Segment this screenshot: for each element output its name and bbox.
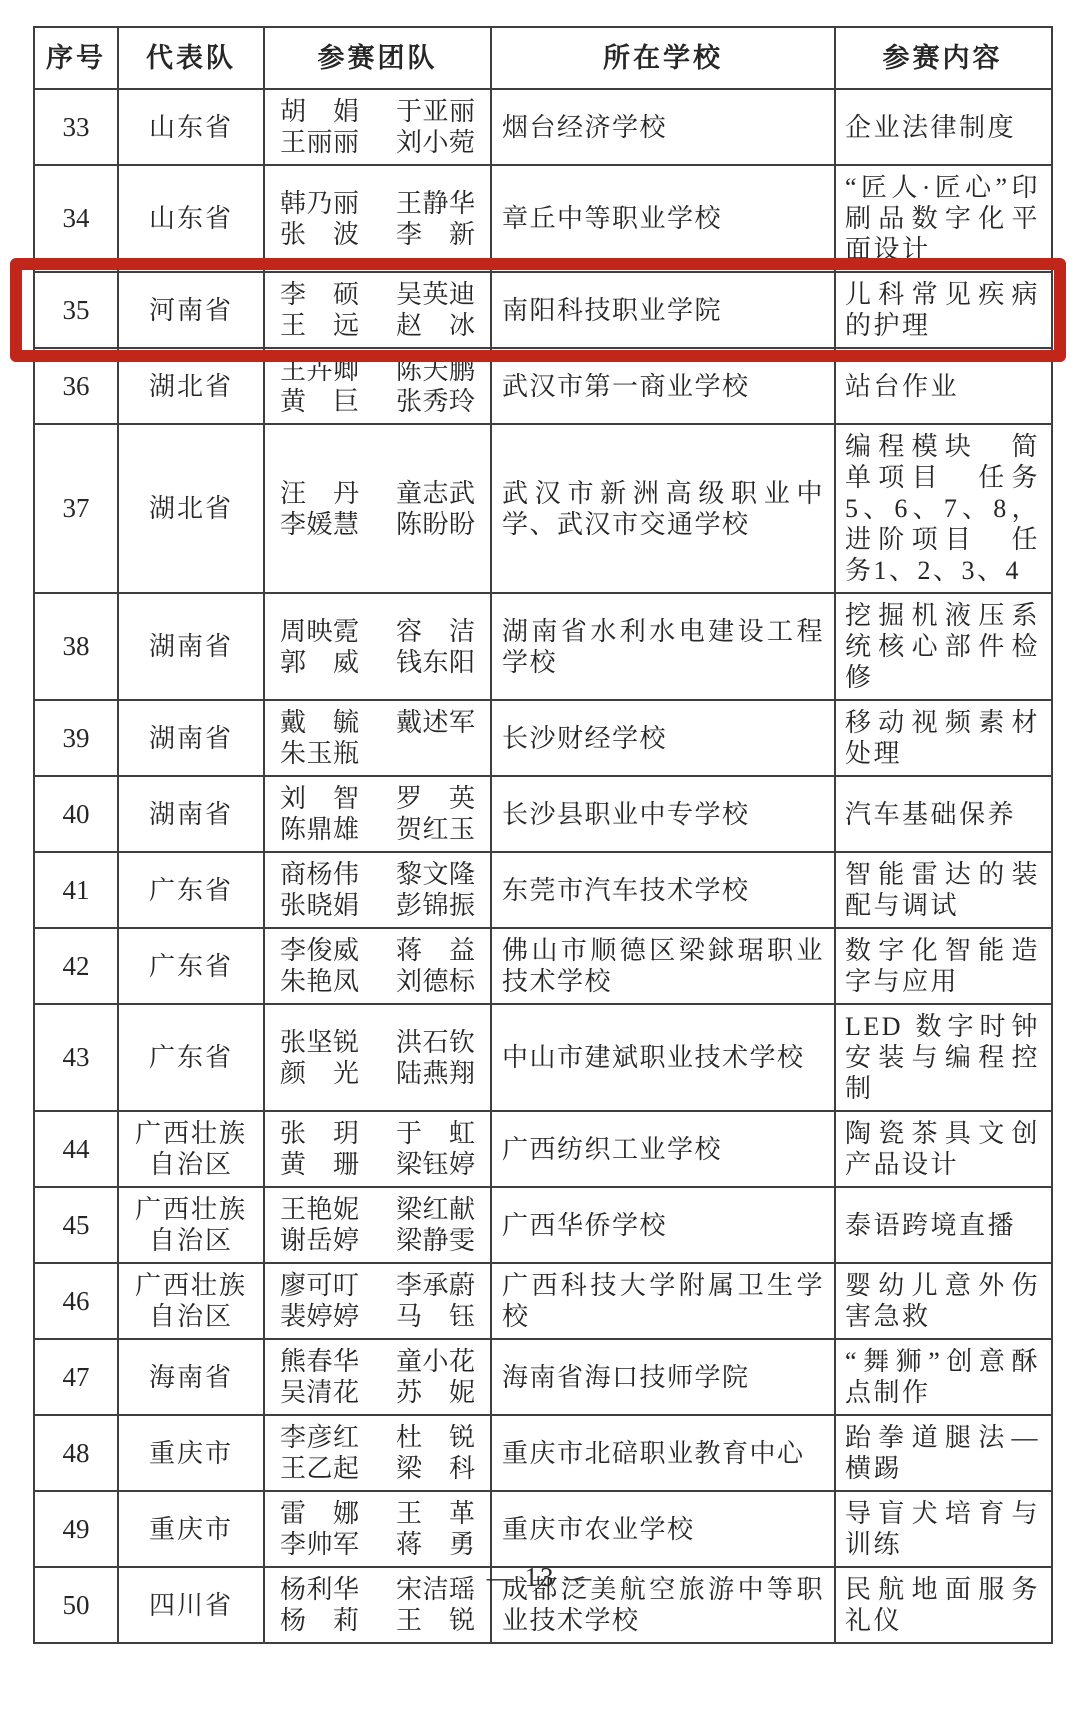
table-row: 33山东省胡 娟于亚丽王丽丽刘小菀烟台经济学校企业法律制度 [35,88,1051,164]
school-cell: 广西华侨学校 [490,1188,834,1262]
text-line: 重庆市 [149,1438,233,1469]
team-cell: 广西壮族自治区 [117,1264,263,1338]
member-line: 王 远赵 冰 [280,310,475,341]
member-line: 周映霓容 洁 [280,616,475,647]
text-line: 学、武汉市交通学校 [502,509,824,540]
member-name: 雷 娜 [280,1498,359,1529]
member-line: 李 硕吴英迪 [280,279,475,310]
text-line: 安装与编程控 [845,1042,1040,1073]
member-name: 陈盼盼 [396,509,475,540]
seq-cell: 35 [35,273,117,347]
member-line: 王丽丽刘小菀 [280,127,475,158]
member-name: 苏 妮 [396,1377,475,1408]
content-cell: 泰语跨境直播 [834,1188,1049,1262]
member-line: 王乙起梁 科 [280,1453,475,1484]
member-line: 李彦红杜 锐 [280,1422,475,1453]
text-line: 重庆市北碚职业教育中心 [502,1438,824,1469]
member-name: 罗 英 [396,783,475,814]
text-line: 湖南省 [149,723,233,754]
table-row: 41广东省商杨伟黎文隆张晓娟彭锦振东莞市汽车技术学校智能雷达的装配与调试 [35,851,1051,927]
member-name: 彭锦振 [396,890,475,921]
text-line: 自治区 [149,1301,233,1332]
member-line: 商杨伟黎文隆 [280,859,475,890]
team-cell: 广西壮族自治区 [117,1188,263,1262]
text-line: 广西纺织工业学校 [502,1134,824,1165]
member-line: 张 玥于 虹 [280,1118,475,1149]
member-name: 陈鼎雄 [280,814,359,845]
text-line: 武汉市第一商业学校 [502,371,824,402]
content-cell: 数字化智能造字与应用 [834,929,1049,1003]
members-cell: 王卉卿陈天鹏黄 巨张秀玲 [263,349,490,423]
text-line: 陶瓷茶具文创 [845,1118,1040,1149]
text-line: 湖南省水利水电建设工程 [502,616,824,647]
members-cell: 周映霓容 洁郭 威钱东阳 [263,594,490,699]
text-line: 编程模块 简 [845,431,1040,462]
member-name: 赵 冰 [396,310,475,341]
member-name: 蒋 益 [396,935,475,966]
column-header-school: 所在学校 [490,28,834,88]
members-cell: 刘 智罗 英陈鼎雄贺红玉 [263,777,490,851]
text-line: 务1、2、3、4 [845,555,1040,586]
seq-cell: 42 [35,929,117,1003]
members-cell: 张 玥于 虹黄 珊梁钰婷 [263,1112,490,1186]
text-line: 武汉市新洲高级职业中 [502,478,824,509]
member-name: 戴 毓 [280,707,359,738]
member-name: 张秀玲 [396,386,475,417]
team-cell: 湖南省 [117,594,263,699]
member-line: 熊春华童小花 [280,1346,475,1377]
members-cell: 李 硕吴英迪王 远赵 冰 [263,273,490,347]
school-cell: 重庆市农业学校 [490,1492,834,1566]
member-name: 李俊威 [280,935,359,966]
member-line: 李媛慧陈盼盼 [280,509,475,540]
members-cell: 胡 娟于亚丽王丽丽刘小菀 [263,90,490,164]
table-row: 42广东省李俊威蒋 益朱艳凤刘德标佛山市顺德区梁銶琚职业技术学校数字化智能造字与… [35,927,1051,1003]
member-line: 杨 莉王 锐 [280,1605,475,1636]
table-row: 34山东省韩乃丽王静华张 波李 新章丘中等职业学校“匠人·匠心”印刷品数字化平面… [35,164,1051,271]
text-line: 的护理 [845,310,1040,341]
school-cell: 长沙财经学校 [490,701,834,775]
member-line: 陈鼎雄贺红玉 [280,814,475,845]
member-name: 陆燕翔 [396,1058,475,1089]
member-name: 朱艳凤 [280,966,359,997]
member-name: 张晓娟 [280,890,359,921]
member-name: 王 远 [280,310,359,341]
content-cell: 婴幼儿意外伤害急救 [834,1264,1049,1338]
seq-cell: 33 [35,90,117,164]
member-name: 黄 珊 [280,1149,359,1180]
member-line: 戴 毓戴述军 [280,707,475,738]
text-line: 海南省 [149,1362,233,1393]
member-name: 胡 娟 [280,96,359,127]
text-line: 广西华侨学校 [502,1210,824,1241]
school-cell: 南阳科技职业学院 [490,273,834,347]
text-line: “舞狮”创意酥 [845,1346,1040,1377]
text-line: 挖掘机液压系 [845,600,1040,631]
member-name: 黄 巨 [280,386,359,417]
text-line: 产品设计 [845,1149,1040,1180]
seq-cell: 46 [35,1264,117,1338]
content-cell: 智能雷达的装配与调试 [834,853,1049,927]
member-line: 李帅军蒋 勇 [280,1529,475,1560]
content-cell: 陶瓷茶具文创产品设计 [834,1112,1049,1186]
text-line: 导盲犬培育与 [845,1498,1040,1529]
member-name: 李 新 [396,219,475,250]
member-name: 吴清花 [280,1377,359,1408]
team-cell: 湖南省 [117,777,263,851]
member-name: 于亚丽 [396,96,475,127]
seq-cell: 44 [35,1112,117,1186]
document-page: 序号代表队参赛团队所在学校参赛内容33山东省胡 娟于亚丽王丽丽刘小菀烟台经济学校… [0,0,1080,1730]
text-line: 烟台经济学校 [502,112,824,143]
text-line: 中山市建斌职业技术学校 [502,1042,824,1073]
member-name: 裴婷婷 [280,1301,359,1332]
text-line: 学校 [502,647,824,678]
table-row: 40湖南省刘 智罗 英陈鼎雄贺红玉长沙县职业中专学校汽车基础保养 [35,775,1051,851]
text-line: 业技术学校 [502,1605,824,1636]
text-line: 自治区 [149,1225,233,1256]
seq-cell: 40 [35,777,117,851]
text-line: 汽车基础保养 [845,799,1040,830]
school-cell: 章丘中等职业学校 [490,166,834,271]
team-cell: 海南省 [117,1340,263,1414]
member-name: 黎文隆 [396,859,475,890]
table-row: 35河南省李 硕吴英迪王 远赵 冰南阳科技职业学院儿科常见疾病的护理 [35,271,1051,347]
text-line: 长沙县职业中专学校 [502,799,824,830]
member-line: 吴清花苏 妮 [280,1377,475,1408]
content-cell: 跆拳道腿法—横踢 [834,1416,1049,1490]
member-line: 颜 光陆燕翔 [280,1058,475,1089]
seq-cell: 41 [35,853,117,927]
text-line: 长沙财经学校 [502,723,824,754]
table-row: 43广东省张坚锐洪石钦颜 光陆燕翔中山市建斌职业技术学校LED 数字时钟安装与编… [35,1003,1051,1110]
school-cell: 广西科技大学附属卫生学校 [490,1264,834,1338]
text-line: 5、6、7、8， [845,493,1040,524]
text-line: 统核心部件检 [845,631,1040,662]
school-cell: 佛山市顺德区梁銶琚职业技术学校 [490,929,834,1003]
text-line: 泰语跨境直播 [845,1210,1040,1241]
content-cell: 移动视频素材处理 [834,701,1049,775]
seq-cell: 39 [35,701,117,775]
school-cell: 长沙县职业中专学校 [490,777,834,851]
text-line: 单项目 任务 [845,462,1040,493]
school-cell: 东莞市汽车技术学校 [490,853,834,927]
member-name: 陈天鹏 [396,355,475,386]
member-name: 李媛慧 [280,509,359,540]
member-line: 黄 珊梁钰婷 [280,1149,475,1180]
text-line: 儿科常见疾病 [845,279,1040,310]
text-line: 处理 [845,738,1040,769]
members-cell: 商杨伟黎文隆张晓娟彭锦振 [263,853,490,927]
text-line: 修 [845,662,1040,693]
text-line: 湖北省 [149,371,233,402]
member-line: 谢岳婷梁静雯 [280,1225,475,1256]
members-cell: 戴 毓戴述军朱玉瓶 [263,701,490,775]
member-name: 张 波 [280,219,359,250]
member-line: 裴婷婷马 钰 [280,1301,475,1332]
table-row: 38湖南省周映霓容 洁郭 威钱东阳湖南省水利水电建设工程学校挖掘机液压系统核心部… [35,592,1051,699]
member-line: 朱艳凤刘德标 [280,966,475,997]
member-name: 李承蔚 [396,1270,475,1301]
member-name: 梁红献 [396,1194,475,1225]
content-cell: 编程模块 简单项目 任务5、6、7、8，进阶项目 任务1、2、3、4 [834,425,1049,592]
school-cell: 武汉市新洲高级职业中学、武汉市交通学校 [490,425,834,592]
member-name: 童志武 [396,478,475,509]
text-line: 广西壮族 [135,1270,247,1301]
content-cell: 汽车基础保养 [834,777,1049,851]
member-name: 张 玥 [280,1118,359,1149]
member-name: 王 锐 [396,1605,475,1636]
school-cell: 中山市建斌职业技术学校 [490,1005,834,1110]
text-line: 东莞市汽车技术学校 [502,875,824,906]
text-line: 点制作 [845,1377,1040,1408]
member-line: 胡 娟于亚丽 [280,96,475,127]
text-line: 广西科技大学附属卫生学 [502,1270,824,1301]
school-cell: 武汉市第一商业学校 [490,349,834,423]
text-line: 技术学校 [502,966,824,997]
text-line: 自治区 [149,1149,233,1180]
member-name: 谢岳婷 [280,1225,359,1256]
text-line: 广东省 [149,875,233,906]
text-line: 四川省 [149,1590,233,1621]
text-line: 山东省 [149,112,233,143]
school-cell: 重庆市北碚职业教育中心 [490,1416,834,1490]
seq-cell: 45 [35,1188,117,1262]
text-line: 数字化智能造 [845,935,1040,966]
member-name: 张坚锐 [280,1027,359,1058]
text-line: 广西壮族 [135,1194,247,1225]
seq-cell: 43 [35,1005,117,1110]
team-cell: 广东省 [117,1005,263,1110]
member-line: 李俊威蒋 益 [280,935,475,966]
member-name: 熊春华 [280,1346,359,1377]
text-line: 校 [502,1301,824,1332]
text-line: 刷品数字化平 [845,203,1040,234]
member-name: 刘德标 [396,966,475,997]
results-table: 序号代表队参赛团队所在学校参赛内容33山东省胡 娟于亚丽王丽丽刘小菀烟台经济学校… [33,26,1053,1644]
text-line: 害急救 [845,1301,1040,1332]
member-name: 李彦红 [280,1422,359,1453]
team-cell: 山东省 [117,166,263,271]
member-name: 杨 莉 [280,1605,359,1636]
table-row: 37湖北省汪 丹童志武李媛慧陈盼盼武汉市新洲高级职业中学、武汉市交通学校编程模块… [35,423,1051,592]
seq-cell: 47 [35,1340,117,1414]
school-cell: 湖南省水利水电建设工程学校 [490,594,834,699]
member-line: 廖可叮李承蔚 [280,1270,475,1301]
text-line: 广东省 [149,951,233,982]
team-cell: 河南省 [117,273,263,347]
member-name: 洪石钦 [396,1027,475,1058]
column-header-team: 代表队 [117,28,263,88]
member-line: 王卉卿陈天鹏 [280,355,475,386]
text-line: 湖南省 [149,799,233,830]
team-cell: 湖北省 [117,349,263,423]
members-cell: 廖可叮李承蔚裴婷婷马 钰 [263,1264,490,1338]
member-line: 郭 威钱东阳 [280,647,475,678]
team-cell: 重庆市 [117,1492,263,1566]
school-cell: 烟台经济学校 [490,90,834,164]
member-name: 梁钰婷 [396,1149,475,1180]
text-line: 训练 [845,1529,1040,1560]
member-name: 马 钰 [396,1301,475,1332]
table-row: 49重庆市雷 娜王 革李帅军蒋 勇重庆市农业学校导盲犬培育与训练 [35,1490,1051,1566]
content-cell: “舞狮”创意酥点制作 [834,1340,1049,1414]
member-name: 贺红玉 [396,814,475,845]
table-row: 46广西壮族自治区廖可叮李承蔚裴婷婷马 钰广西科技大学附属卫生学校婴幼儿意外伤害… [35,1262,1051,1338]
member-name: 梁 科 [396,1453,475,1484]
content-cell: “匠人·匠心”印刷品数字化平面设计 [834,166,1049,271]
member-name: 杜 锐 [396,1422,475,1453]
members-cell: 张坚锐洪石钦颜 光陆燕翔 [263,1005,490,1110]
member-name: 戴述军 [396,707,475,738]
text-line: 横踢 [845,1453,1040,1484]
member-name: 于 虹 [396,1118,475,1149]
seq-cell: 49 [35,1492,117,1566]
member-line: 刘 智罗 英 [280,783,475,814]
text-line: “匠人·匠心”印 [845,172,1040,203]
member-line: 汪 丹童志武 [280,478,475,509]
table-row: 47海南省熊春华童小花吴清花苏 妮海南省海口技师学院“舞狮”创意酥点制作 [35,1338,1051,1414]
table-row: 44广西壮族自治区张 玥于 虹黄 珊梁钰婷广西纺织工业学校陶瓷茶具文创产品设计 [35,1110,1051,1186]
member-line: 黄 巨张秀玲 [280,386,475,417]
team-cell: 重庆市 [117,1416,263,1490]
table-row: 45广西壮族自治区王艳妮梁红献谢岳婷梁静雯广西华侨学校泰语跨境直播 [35,1186,1051,1262]
column-header-content: 参赛内容 [834,28,1049,88]
content-cell: 站台作业 [834,349,1049,423]
member-name: 刘小菀 [396,127,475,158]
member-name: 童小花 [396,1346,475,1377]
text-line: 智能雷达的装 [845,859,1040,890]
text-line: 重庆市 [149,1514,233,1545]
member-name: 王乙起 [280,1453,359,1484]
member-name: 王卉卿 [280,355,359,386]
member-line: 韩乃丽王静华 [280,188,475,219]
member-name: 钱东阳 [396,647,475,678]
content-cell: 儿科常见疾病的护理 [834,273,1049,347]
member-name: 王艳妮 [280,1194,359,1225]
team-cell: 湖北省 [117,425,263,592]
table-row: 48重庆市李彦红杜 锐王乙起梁 科重庆市北碚职业教育中心跆拳道腿法—横踢 [35,1414,1051,1490]
member-name: 王 革 [396,1498,475,1529]
text-line: 字与应用 [845,966,1040,997]
text-line: 佛山市顺德区梁銶琚职业 [502,935,824,966]
member-name: 梁静雯 [396,1225,475,1256]
member-line: 张晓娟彭锦振 [280,890,475,921]
member-line: 朱玉瓶 [280,738,475,769]
seq-cell: 38 [35,594,117,699]
column-header-seq: 序号 [35,28,117,88]
member-line: 雷 娜王 革 [280,1498,475,1529]
member-name: 容 洁 [396,616,475,647]
member-name: 周映霓 [280,616,359,647]
text-line: 配与调试 [845,890,1040,921]
members-cell: 雷 娜王 革李帅军蒋 勇 [263,1492,490,1566]
member-name: 王丽丽 [280,127,359,158]
member-line: 王艳妮梁红献 [280,1194,475,1225]
text-line: 站台作业 [845,371,1040,402]
member-name: 朱玉瓶 [280,738,359,769]
text-line: 进阶项目 任 [845,524,1040,555]
text-line: 海南省海口技师学院 [502,1362,824,1393]
school-cell: 广西纺织工业学校 [490,1112,834,1186]
member-name: 郭 威 [280,647,359,678]
text-line: 广东省 [149,1042,233,1073]
seq-cell: 37 [35,425,117,592]
text-line: 跆拳道腿法— [845,1422,1040,1453]
member-line: 张 波李 新 [280,219,475,250]
members-cell: 李彦红杜 锐王乙起梁 科 [263,1416,490,1490]
members-cell: 熊春华童小花吴清花苏 妮 [263,1340,490,1414]
team-cell: 广东省 [117,929,263,1003]
table-header-row: 序号代表队参赛团队所在学校参赛内容 [35,28,1051,88]
content-cell: 导盲犬培育与训练 [834,1492,1049,1566]
seq-cell: 34 [35,166,117,271]
text-line: 南阳科技职业学院 [502,295,824,326]
page-number: — 13 — [0,1562,1080,1593]
member-name: 李 硕 [280,279,359,310]
member-name: 廖可叮 [280,1270,359,1301]
member-name: 韩乃丽 [280,188,359,219]
text-line: 广西壮族 [135,1118,247,1149]
text-line: LED 数字时钟 [845,1011,1040,1042]
text-line: 移动视频素材 [845,707,1040,738]
member-name: 汪 丹 [280,478,359,509]
text-line: 婴幼儿意外伤 [845,1270,1040,1301]
column-header-members: 参赛团队 [263,28,490,88]
seq-cell: 36 [35,349,117,423]
team-cell: 湖南省 [117,701,263,775]
members-cell: 韩乃丽王静华张 波李 新 [263,166,490,271]
text-line: 湖北省 [149,493,233,524]
members-cell: 王艳妮梁红献谢岳婷梁静雯 [263,1188,490,1262]
text-line: 河南省 [149,295,233,326]
team-cell: 山东省 [117,90,263,164]
table-row: 39湖南省戴 毓戴述军朱玉瓶长沙财经学校移动视频素材处理 [35,699,1051,775]
text-line: 重庆市农业学校 [502,1514,824,1545]
text-line: 面设计 [845,234,1040,265]
content-cell: 挖掘机液压系统核心部件检修 [834,594,1049,699]
text-line: 山东省 [149,203,233,234]
member-name: 李帅军 [280,1529,359,1560]
text-line: 章丘中等职业学校 [502,203,824,234]
table-row: 36湖北省王卉卿陈天鹏黄 巨张秀玲武汉市第一商业学校站台作业 [35,347,1051,423]
text-line: 企业法律制度 [845,112,1040,143]
team-cell: 广东省 [117,853,263,927]
content-cell: 企业法律制度 [834,90,1049,164]
members-cell: 李俊威蒋 益朱艳凤刘德标 [263,929,490,1003]
text-line: 礼仪 [845,1605,1040,1636]
member-name: 蒋 勇 [396,1529,475,1560]
member-name: 商杨伟 [280,859,359,890]
member-line: 张坚锐洪石钦 [280,1027,475,1058]
content-cell: LED 数字时钟安装与编程控制 [834,1005,1049,1110]
member-name: 颜 光 [280,1058,359,1089]
team-cell: 广西壮族自治区 [117,1112,263,1186]
member-name: 王静华 [396,188,475,219]
seq-cell: 48 [35,1416,117,1490]
member-name: 刘 智 [280,783,359,814]
school-cell: 海南省海口技师学院 [490,1340,834,1414]
members-cell: 汪 丹童志武李媛慧陈盼盼 [263,425,490,592]
text-line: 制 [845,1073,1040,1104]
member-name: 吴英迪 [396,279,475,310]
text-line: 湖南省 [149,631,233,662]
